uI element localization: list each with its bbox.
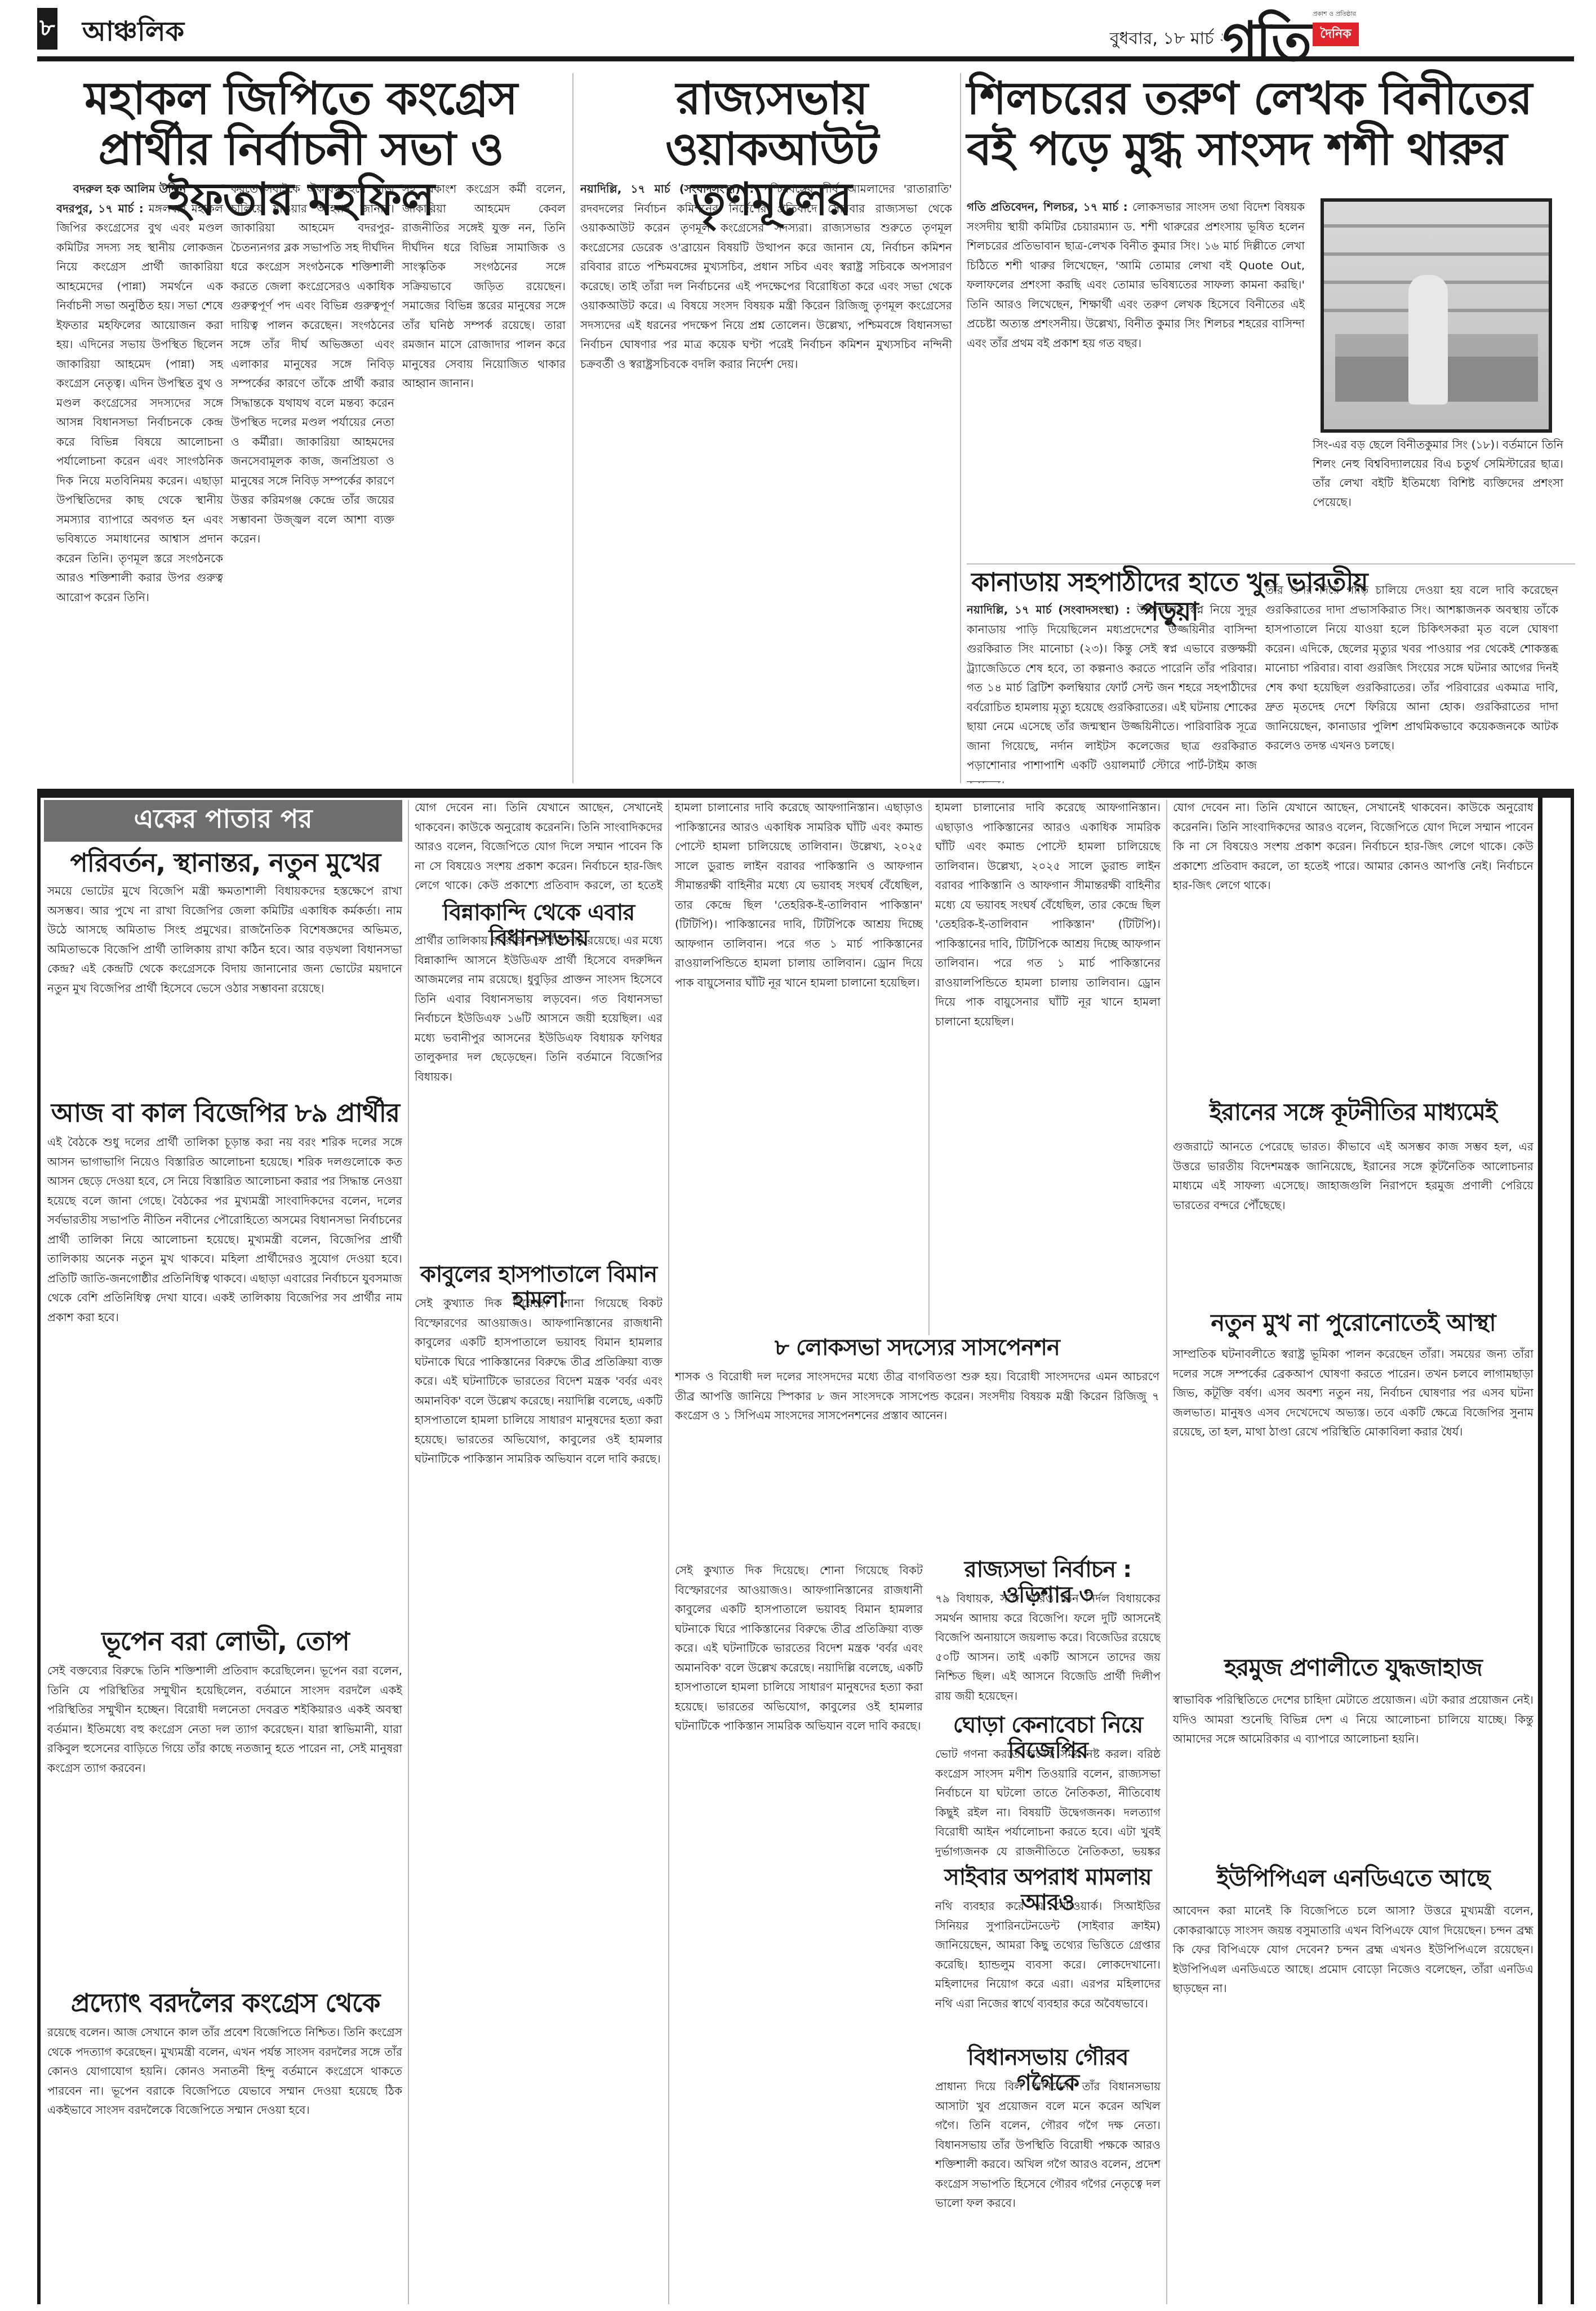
article-text: লোকসভার সাংসদ তথা বিদেশ বিষয়ক সংসদীয় স… [967,200,1305,350]
article-text: গুজরাটে আনতে পেরেছে ভারত। কীভাবে এই অসম্… [1173,1140,1533,1212]
masthead-rule [37,56,1574,61]
column-divider [572,73,574,783]
article-text: উচ্চশিক্ষার স্বপ্ন নিয়ে সুদূর কানাডায় … [967,603,1257,783]
frame-right-border [1538,794,1542,2304]
photo-author-on-sofa [1321,198,1552,433]
section-title: আঞ্চলিক [82,11,184,56]
horse-trading-body: ভোট গণনা করতে অনেক সময় নষ্ট করল। বরিষ্ঠ… [935,1744,1161,1857]
article-text: মঙ্গলবার মহাকল জিপির কংগ্রেসের বুথ এবং ম… [56,202,223,604]
headline-iran: ইরানের সঙ্গে কূটনীতির মাধ্যমেই [1173,1099,1533,1125]
section-divider [967,563,1575,565]
mahakal-col-2: করতে সবাইকে ঐক্যবদ্ধ হয়ে কাজ চালিয়ে যা… [231,179,394,782]
kabul-body: সেই কুখ্যাত দিক দিয়েছে। শোনা গিয়েছে বি… [415,1294,663,2302]
bookshelf [1324,252,1549,256]
odisha-body: ৭৯ বিধায়ক, সঙ্গে আরও তিন নির্দল বিধায়ক… [935,1589,1161,1701]
parivartan-body: সময়ে ভোটের মুখে বিজেপি মন্ত্রী ক্ষমতাশা… [47,881,402,1095]
logo-badge: দৈনিক [1313,23,1359,46]
article-text: করতে সবাইকে ঐক্যবদ্ধ হয়ে কাজ চালিয়ে যা… [231,182,394,545]
taliban-col-2: হামলা চালানোর দাবি করেছে আফগানিস্তান। এছ… [935,798,1161,1333]
article-text: স্বাভাবিক পরিস্থিতিতে দেশের চাহিদা মেটাত… [1173,1693,1533,1745]
article-text: সময়ে ভোটের মুখে বিজেপি মন্ত্রী ক্ষমতাশা… [47,884,402,995]
headline-uppl: ইউপিপিএল এনডিএতে আছে [1173,1865,1533,1891]
dateline: নয়াদিল্লি, ১৭ মার্চ (সংবাদসংস্থা) : [580,182,754,195]
column-divider [1166,800,1167,2304]
hormuz-body: স্বাভাবিক পরিস্থিতিতে দেশের চাহিদা মেটাত… [1173,1690,1533,1854]
continued-banner: একের পাতার পর [44,800,402,842]
masthead: ৮ আঞ্চলিক বুধবার, ১৮ মার্চ ২০২৬, শিলচর গ… [0,0,1596,73]
canada-col-1: নয়াদিল্লি, ১৭ মার্চ (সংবাদসংস্থা) : উচ্… [967,600,1257,783]
continued-col3-lower: সেই কুখ্যাত দিক দিয়েছে। শোনা গিয়েছে বি… [675,1561,923,2302]
headline-bjp89: আজ বা কাল বিজেপির ৮৯ প্রার্থীর [45,1099,406,1128]
article-text: হামলা চালানোর দাবি করেছে আফগানিস্তান। এছ… [675,801,923,989]
headline-lok-sabha: ৮ লোকসভা সদস্যের সাসপেনশন [675,1335,1159,1361]
article-text: সেই কুখ্যাত দিক দিয়েছে। শোনা গিয়েছে বি… [675,1563,923,1732]
headline-parivartan: পরিবর্তন, স্থানান্তর, নতুন মুখের [45,848,406,878]
uppl-body: আবেদন করা মানেই কি বিজেপিতে চলে আসা? উত্… [1173,1901,1533,2302]
article-text: প্রার্থীর তালিকায় বারোজন প্রার্থীর নাম … [415,934,663,1083]
dateline: বদরপুর, ১৭ মার্চ : [56,202,144,215]
headline-new-faces: নতুন মুখ না পুরোনোতেই আস্থা [1173,1309,1533,1336]
article-text: যোগ দেবেন না। তিনি যেখানে আছেন, সেখানেই … [1173,801,1533,892]
headline-bhupen: ভূপেন বরা লোভী, তোপ [45,1627,406,1656]
right-col-top: যোগ দেবেন না। তিনি যেখানে আছেন, সেখানেই … [1173,798,1533,1102]
mahakal-col-1: বদরুল হক আলিম উদ্দিন বদরপুর, ১৭ মার্চ : … [56,179,223,782]
article-text: শাসক ও বিরোধী দল দলের সাংসদদের মধ্যে তীব… [675,1370,1159,1422]
article-text: যোগ দেবেন না। তিনি যেখানে আছেন, সেখানেই … [415,801,663,894]
lok-sabha-body: শাসক ও বিরোধী দল দলের সাংসদদের মধ্যে তীব… [675,1367,1159,1553]
walkout-body: নয়াদিল্লি, ১৭ মার্চ (সংবাদসংস্থা) : পশ্… [580,179,952,783]
article-text: নথি ব্যবহার করে এ নেটওয়ার্ক। সিআইডির সি… [935,1899,1161,2010]
bjp89-body: এই বৈঠকে শুধু দলের প্রার্থী তালিকা চূড়া… [47,1132,402,1623]
bhupen-body: সেই বক্তব্যের বিরুদ্ধে তিনি শক্তিশালী প্… [47,1661,402,1982]
article-text: এই বৈঠকে শুধু দলের প্রার্থী তালিকা চূড়া… [47,1135,402,1324]
article-text: সহ একাংশ কংগ্রেস কর্মী বলেন, জাকারিয়া আ… [402,182,566,390]
article-text: ভোট গণনা করতে অনেক সময় নষ্ট করল। বরিষ্ঠ… [935,1747,1161,1857]
article-text: পশ্চিমবঙ্গের শীর্ষ আমলাদের 'রাতারাতি' রদ… [580,182,952,371]
cyber-body: নথি ব্যবহার করে এ নেটওয়ার্ক। সিআইডির সি… [935,1896,1161,2037]
article-text: সেই কুখ্যাত দিক দিয়েছে। শোনা গিয়েছে বি… [415,1296,663,1465]
binnakandi-body: প্রার্থীর তালিকায় বারোজন প্রার্থীর নাম … [415,931,663,1252]
article-text: ৭৯ বিধায়ক, সঙ্গে আরও তিন নির্দল বিধায়ক… [935,1592,1161,1701]
article-text: সেই বক্তব্যের বিরুদ্ধে তিনি শক্তিশালী প্… [47,1664,402,1775]
article-text: আবেদন করা মানেই কি বিজেপিতে চলে আসা? উত্… [1173,1904,1533,1995]
headline-pradyot: প্রদ্যোৎ বরদলৈর কংগ্রেস থেকে [45,1989,406,2018]
article-text: রয়েছে বলেন। আজ সেখানে কাল তাঁর প্রবেশ ব… [47,2025,402,2117]
headline-tharoor: শিলচরের তরুণ লেখক বিনীতের বই পড়ে মুগ্ধ … [967,73,1575,174]
mahakal-col-3: সহ একাংশ কংগ্রেস কর্মী বলেন, জাকারিয়া আ… [402,179,566,782]
pradyot-body: রয়েছে বলেন। আজ সেখানে কাল তাঁর প্রবেশ ব… [47,2023,402,2301]
column-divider [408,800,409,2304]
canada-col-2: তাঁর ওপর দিয়ে গাড়ি চালিয়ে দেওয়া হয় … [1265,580,1558,783]
article-text: হামলা চালানোর দাবি করেছে আফগানিস্তান। এছ… [935,801,1161,1028]
iran-body: গুজরাটে আনতে পেরেছে ভারত। কীভাবে এই অসম্… [1173,1137,1533,1306]
dateline: গতি প্রতিবেদন, শিলচর, ১৭ মার্চ : [967,200,1128,214]
new-faces-body: সাম্প্রতিক ঘটনাবলীতে স্বরাষ্ট্র ভূমিকা প… [1173,1344,1533,1648]
headline-hormuz: হরমুজ প্রণালীতে যুদ্ধজাহাজ [1173,1654,1533,1681]
article-text: তাঁর ওপর দিয়ে গাড়ি চালিয়ে দেওয়া হয় … [1265,583,1558,752]
column-divider [960,73,961,783]
tharoor-body: গতি প্রতিবেদন, শিলচর, ১৭ মার্চ : লোকসভার… [967,197,1305,558]
person-figure [1408,275,1448,405]
photo-caption: সিং-এর বড় ছেলে বিনীতকুমার সিং (১৮)। বর্… [1313,435,1563,512]
newspaper-logo: গতি প্রকাশ ও প্রতিষ্ঠার ৫১ বছর দৈনিক [1222,3,1358,60]
continued-col2-top: যোগ দেবেন না। তিনি যেখানে আছেন, সেখানেই … [415,798,663,894]
page-number: ৮ [37,8,57,50]
bookshelf [1324,224,1549,228]
article-text: প্রাধান্য দিয়ে বিল আনবেন। তাঁর বিধানসভা… [935,2079,1161,2210]
dateline: নয়াদিল্লি, ১৭ মার্চ (সংবাদসংস্থা) : [967,603,1131,616]
column-divider [668,800,669,2304]
taliban-body: হামলা চালানোর দাবি করেছে আফগানিস্তান। এছ… [675,798,923,1220]
gaurav-body: প্রাধান্য দিয়ে বিল আনবেন। তাঁর বিধানসভা… [935,2077,1161,2302]
column-divider [928,800,930,1335]
article-text: সাম্প্রতিক ঘটনাবলীতে স্বরাষ্ট্র ভূমিকা প… [1173,1347,1533,1438]
byline: বদরুল হক আলিম উদ্দিন [56,179,223,199]
continued-section-rule [37,789,1574,794]
